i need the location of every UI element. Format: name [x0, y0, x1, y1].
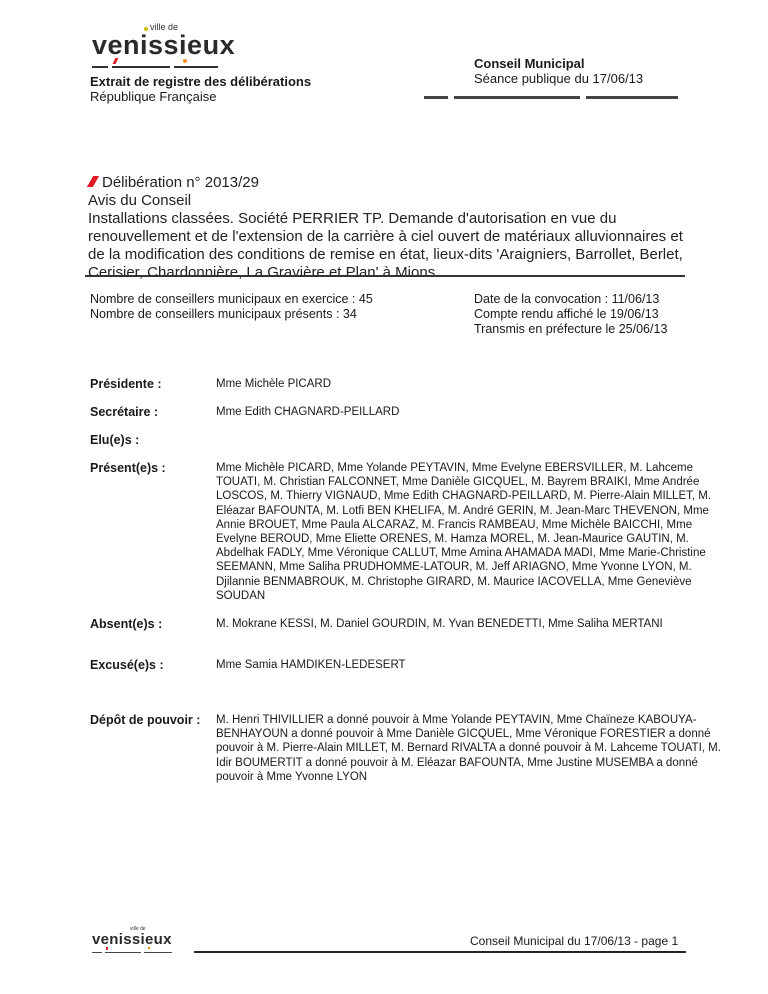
- session-header: Conseil Municipal Séance publique du 17/…: [474, 56, 643, 86]
- footer-logo-underline: [92, 952, 172, 953]
- council-counts: Nombre de conseillers municipaux en exer…: [90, 292, 373, 322]
- session-date: Séance publique du 17/06/13: [474, 71, 643, 86]
- value-presents: Mme Michèle PICARD, Mme Yolande PEYTAVIN…: [216, 461, 736, 603]
- date-transmis: Transmis en préfecture le 25/06/13: [474, 322, 667, 337]
- value-absents: M. Mokrane KESSI, M. Daniel GOURDIN, M. …: [216, 617, 736, 631]
- footer-divider: [194, 951, 686, 953]
- label-elus: Elu(e)s :: [90, 433, 139, 447]
- label-presidente: Présidente :: [90, 377, 162, 391]
- venissieux-logo: ville de venissieux: [92, 22, 218, 70]
- procedure-dates: Date de la convocation : 11/06/13 Compte…: [474, 292, 667, 337]
- date-compte-rendu: Compte rendu affiché le 19/06/13: [474, 307, 667, 322]
- red-slash-icon: [87, 176, 99, 187]
- count-presents: Nombre de conseillers municipaux présent…: [90, 307, 373, 322]
- count-exercice: Nombre de conseillers municipaux en exer…: [90, 292, 373, 307]
- value-pouvoir: M. Henri THIVILLIER a donné pouvoir à Mm…: [216, 713, 736, 784]
- deliberation-number-line: Délibération n° 2013/29: [88, 174, 698, 192]
- orange-dot-icon: [148, 947, 150, 949]
- label-presents: Présent(e)s :: [90, 461, 166, 475]
- orange-dot-icon: [183, 59, 187, 63]
- value-secretaire: Mme Edith CHAGNARD-PEILLARD: [216, 405, 736, 419]
- label-excuses: Excusé(e)s :: [90, 658, 164, 672]
- date-convocation: Date de la convocation : 11/06/13: [474, 292, 667, 307]
- registry-title: Extrait de registre des délibérations: [90, 74, 311, 89]
- logo-name: venissieux: [92, 30, 235, 60]
- page-footer-label: Conseil Municipal du 17/06/13 - page 1: [470, 934, 678, 948]
- label-secretaire: Secrétaire :: [90, 405, 158, 419]
- label-absents: Absent(e)s :: [90, 617, 162, 631]
- red-accent-icon: [106, 947, 108, 950]
- deliberation-type: Avis du Conseil: [88, 192, 698, 210]
- header-divider: [424, 96, 680, 99]
- council-title: Conseil Municipal: [474, 56, 643, 71]
- deliberation-block: Délibération n° 2013/29 Avis du Conseil …: [88, 174, 698, 282]
- value-presidente: Mme Michèle PICARD: [216, 377, 736, 391]
- label-pouvoir: Dépôt de pouvoir :: [90, 713, 200, 727]
- registry-header: Extrait de registre des délibérations Ré…: [90, 74, 311, 104]
- footer-logo-name: venissieux: [92, 931, 172, 948]
- logo-underline: [92, 66, 218, 68]
- section-divider: [85, 275, 685, 277]
- value-excuses: Mme Samia HAMDIKEN-LEDESERT: [216, 658, 736, 672]
- deliberation-number: Délibération n° 2013/29: [102, 174, 259, 191]
- republic-label: République Française: [90, 89, 311, 104]
- deliberation-subject: Installations classées. Société PERRIER …: [88, 210, 698, 282]
- footer-logo: ville de venissieux: [92, 930, 172, 956]
